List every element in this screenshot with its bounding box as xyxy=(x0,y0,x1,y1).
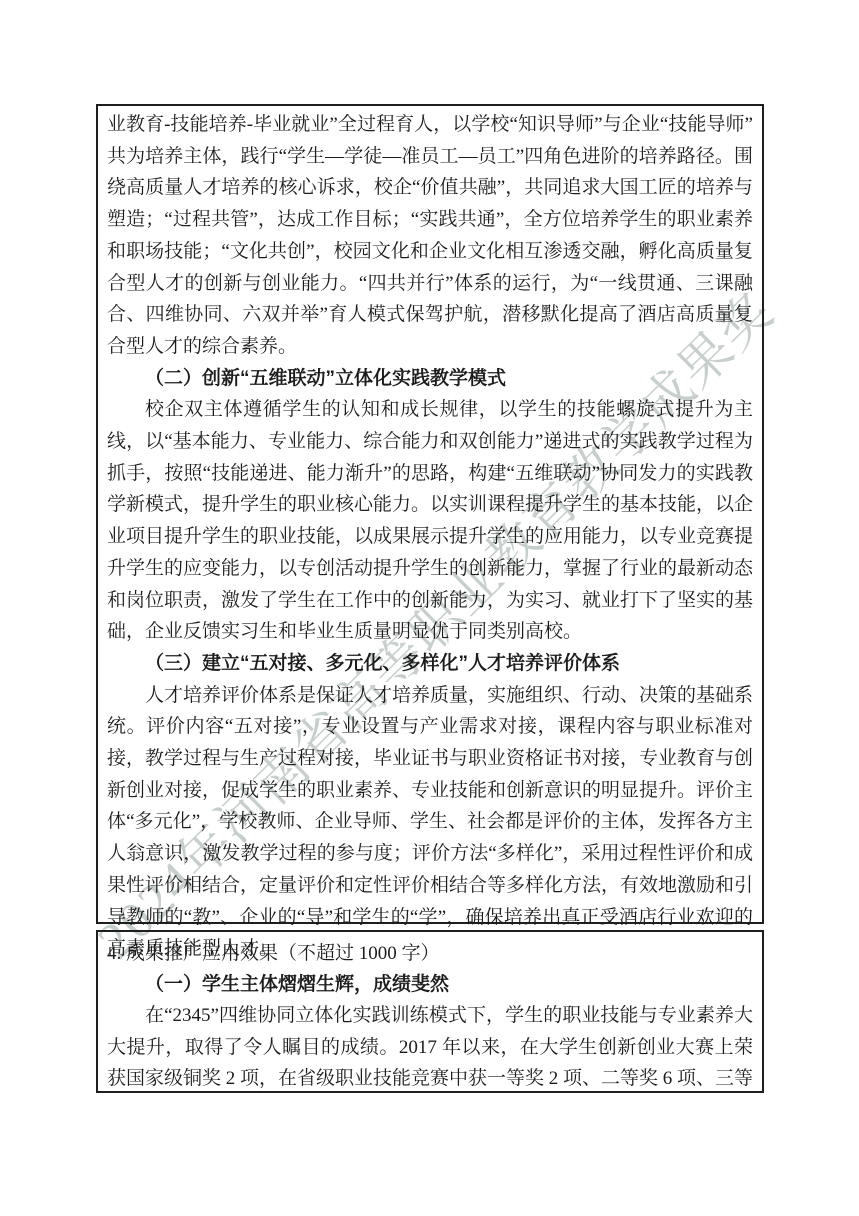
field-label-promotion-effect: 4. 成果推广应用效果（不超过 1000 字） xyxy=(107,938,753,969)
paragraph-section-3: 人才培养评价体系是保证人才培养质量，实施组织、行动、决策的基础系统。评价内容“五… xyxy=(107,680,753,965)
table-cell-achievement-overview: 业教育-技能培养-毕业就业”全过程育人，以学校“知识导师”与企业“技能导师”共为… xyxy=(96,104,764,924)
section-heading-2: （二）创新“五维联动”立体化实践教学模式 xyxy=(107,363,753,395)
table-cell-promotion-effect: 4. 成果推广应用效果（不超过 1000 字） （一）学生主体熠熠生辉，成绩斐然… xyxy=(96,930,764,1093)
section-heading-1: （一）学生主体熠熠生辉，成绩斐然 xyxy=(107,969,753,1000)
page-background: 2024年河南省高等职业教育教学成果奖 业教育-技能培养-毕业就业”全过程育人，… xyxy=(0,0,859,1216)
paragraph-continued-from-previous-page: 业教育-技能培养-毕业就业”全过程育人，以学校“知识导师”与企业“技能导师”共为… xyxy=(107,109,753,363)
paragraph-section-1: 在“2345”四维协同立体化实践训练模式下，学生的职业技能与专业素养大大提升，取… xyxy=(107,1000,753,1093)
paragraph-section-2: 校企双主体遵循学生的认知和成长规律，以学生的技能螺旋式提升为主线，以“基本能力、… xyxy=(107,394,753,648)
document-page: { "page": { "background_color": "#ffffff… xyxy=(0,0,859,1216)
section-heading-3: （三）建立“五对接、多元化、多样化”人才培养评价体系 xyxy=(107,648,753,680)
